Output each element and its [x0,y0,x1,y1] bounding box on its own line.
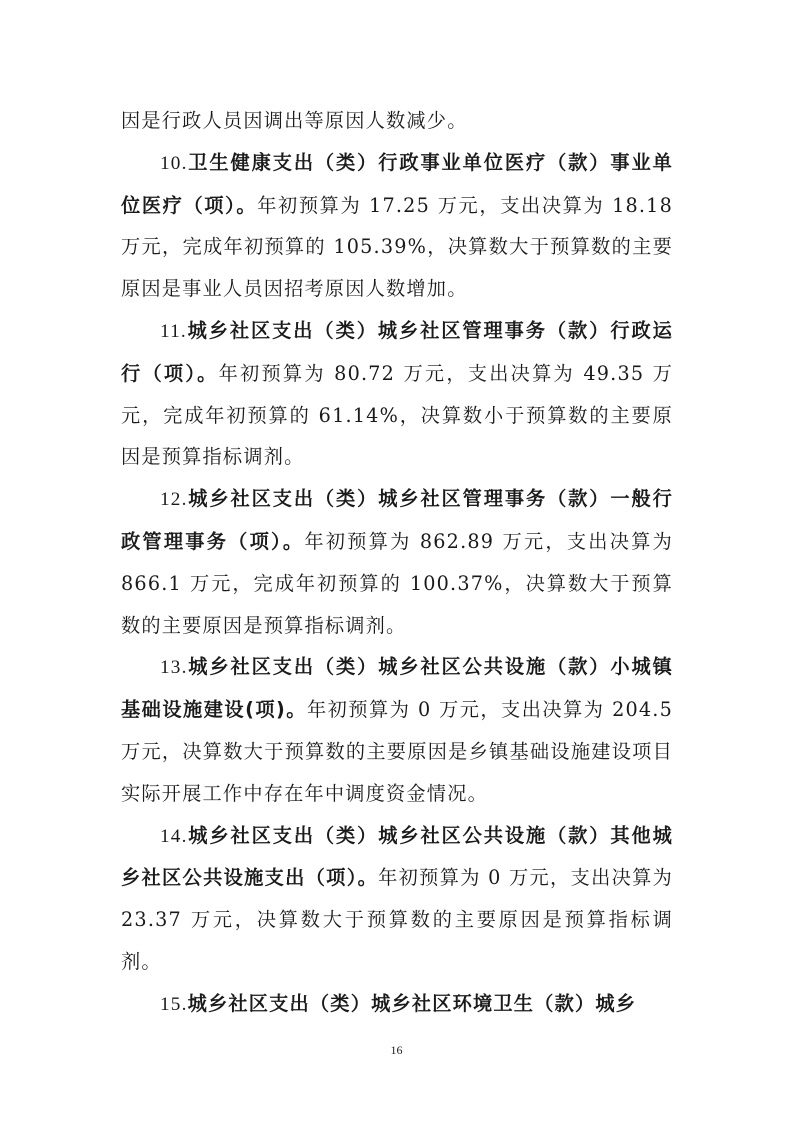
continuation-paragraph: 因是行政人员因调出等原因人数减少。 [121,100,673,142]
page-number: 16 [0,1043,793,1058]
item-number: 13. [160,657,188,678]
item-number: 15. [160,994,188,1015]
item-13-paragraph: 13.城乡社区支出（类）城乡社区公共设施（款）小城镇基础设施建设(项)。年初预算… [121,646,673,814]
item-number: 12. [160,489,188,510]
item-11-paragraph: 11.城乡社区支出（类）城乡社区管理事务（款）行政运行（项）。年初预算为 80.… [121,310,673,478]
item-number: 14. [160,826,188,847]
item-number: 11. [160,321,187,342]
item-12-paragraph: 12.城乡社区支出（类）城乡社区管理事务（款）一般行政管理事务（项）。年初预算为… [121,478,673,646]
item-number: 10. [160,153,188,174]
item-title: 城乡社区支出（类）城乡社区环境卫生（款）城乡 [188,992,637,1015]
item-14-paragraph: 14.城乡社区支出（类）城乡社区公共设施（款）其他城乡社区公共设施支出（项）。年… [121,815,673,983]
item-10-paragraph: 10.卫生健康支出（类）行政事业单位医疗（款）事业单位医疗（项）。年初预算为 1… [121,142,673,310]
document-page: 因是行政人员因调出等原因人数减少。 10.卫生健康支出（类）行政事业单位医疗（款… [121,100,673,1026]
item-15-paragraph: 15.城乡社区支出（类）城乡社区环境卫生（款）城乡 [121,983,673,1026]
